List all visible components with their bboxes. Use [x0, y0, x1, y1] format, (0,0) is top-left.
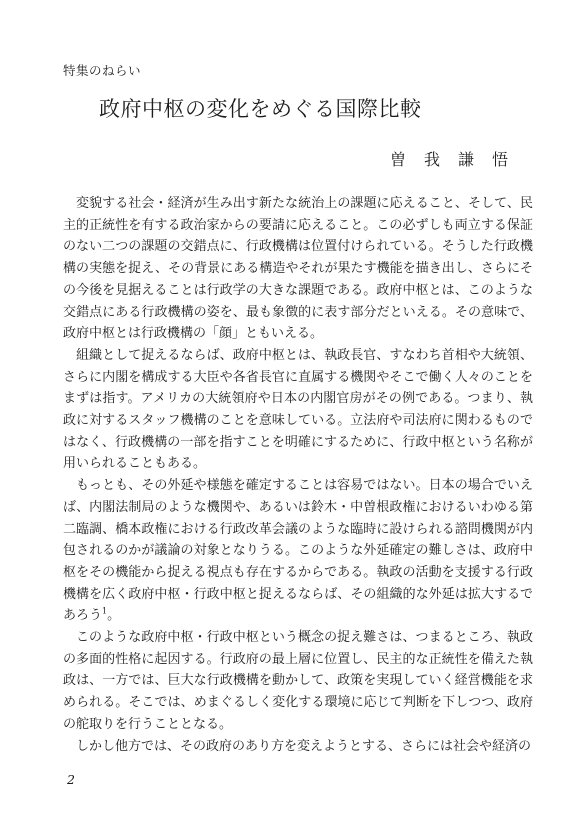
section-kicker: 特集のねらい [63, 61, 141, 79]
document-page: 特集のねらい 政府中枢の変化をめぐる国際比較 曽 我 謙 悟 変貌する社会・経済… [0, 0, 585, 827]
article-body: 変貌する社会・経済が生み出す新たな統治上の課題に応えること、そして、民主的正統性… [63, 193, 533, 757]
page-number: 2 [67, 772, 75, 787]
paragraph-text: 組織として捉えるならば、政府中枢とは、執政長官、すなわち首相や大統領、さらに内閣… [63, 348, 533, 472]
author-name: 曽 我 謙 悟 [390, 147, 509, 170]
paragraph: しかし他方では、その政府のあり方を変えようとする、さらには社会や経済の [63, 736, 533, 758]
paragraph-text: もっとも、その外延や様態を確定することは容易ではない。日本の場合でいえば、内閣法… [63, 478, 533, 623]
paragraph-text: しかし他方では、その政府のあり方を変えようとする、さらには社会や経済の [76, 739, 531, 754]
article-title: 政府中枢の変化をめぐる国際比較 [99, 93, 422, 123]
paragraph-text: このような政府中枢・行政中枢という概念の捉え難さは、つまるところ、執政の多面的性… [63, 630, 533, 732]
paragraph: このような政府中枢・行政中枢という概念の捉え難さは、つまるところ、執政の多面的性… [63, 627, 533, 736]
paragraph-text-after: 。 [107, 608, 120, 623]
paragraph: 組織として捉えるならば、政府中枢とは、執政長官、すなわち首相や大統領、さらに内閣… [63, 345, 533, 475]
paragraph: 変貌する社会・経済が生み出す新たな統治上の課題に応えること、そして、民主的正統性… [63, 193, 533, 345]
paragraph: もっとも、その外延や様態を確定することは容易ではない。日本の場合でいえば、内閣法… [63, 475, 533, 627]
paragraph-text: 変貌する社会・経済が生み出す新たな統治上の課題に応えること、そして、民主的正統性… [63, 196, 533, 341]
